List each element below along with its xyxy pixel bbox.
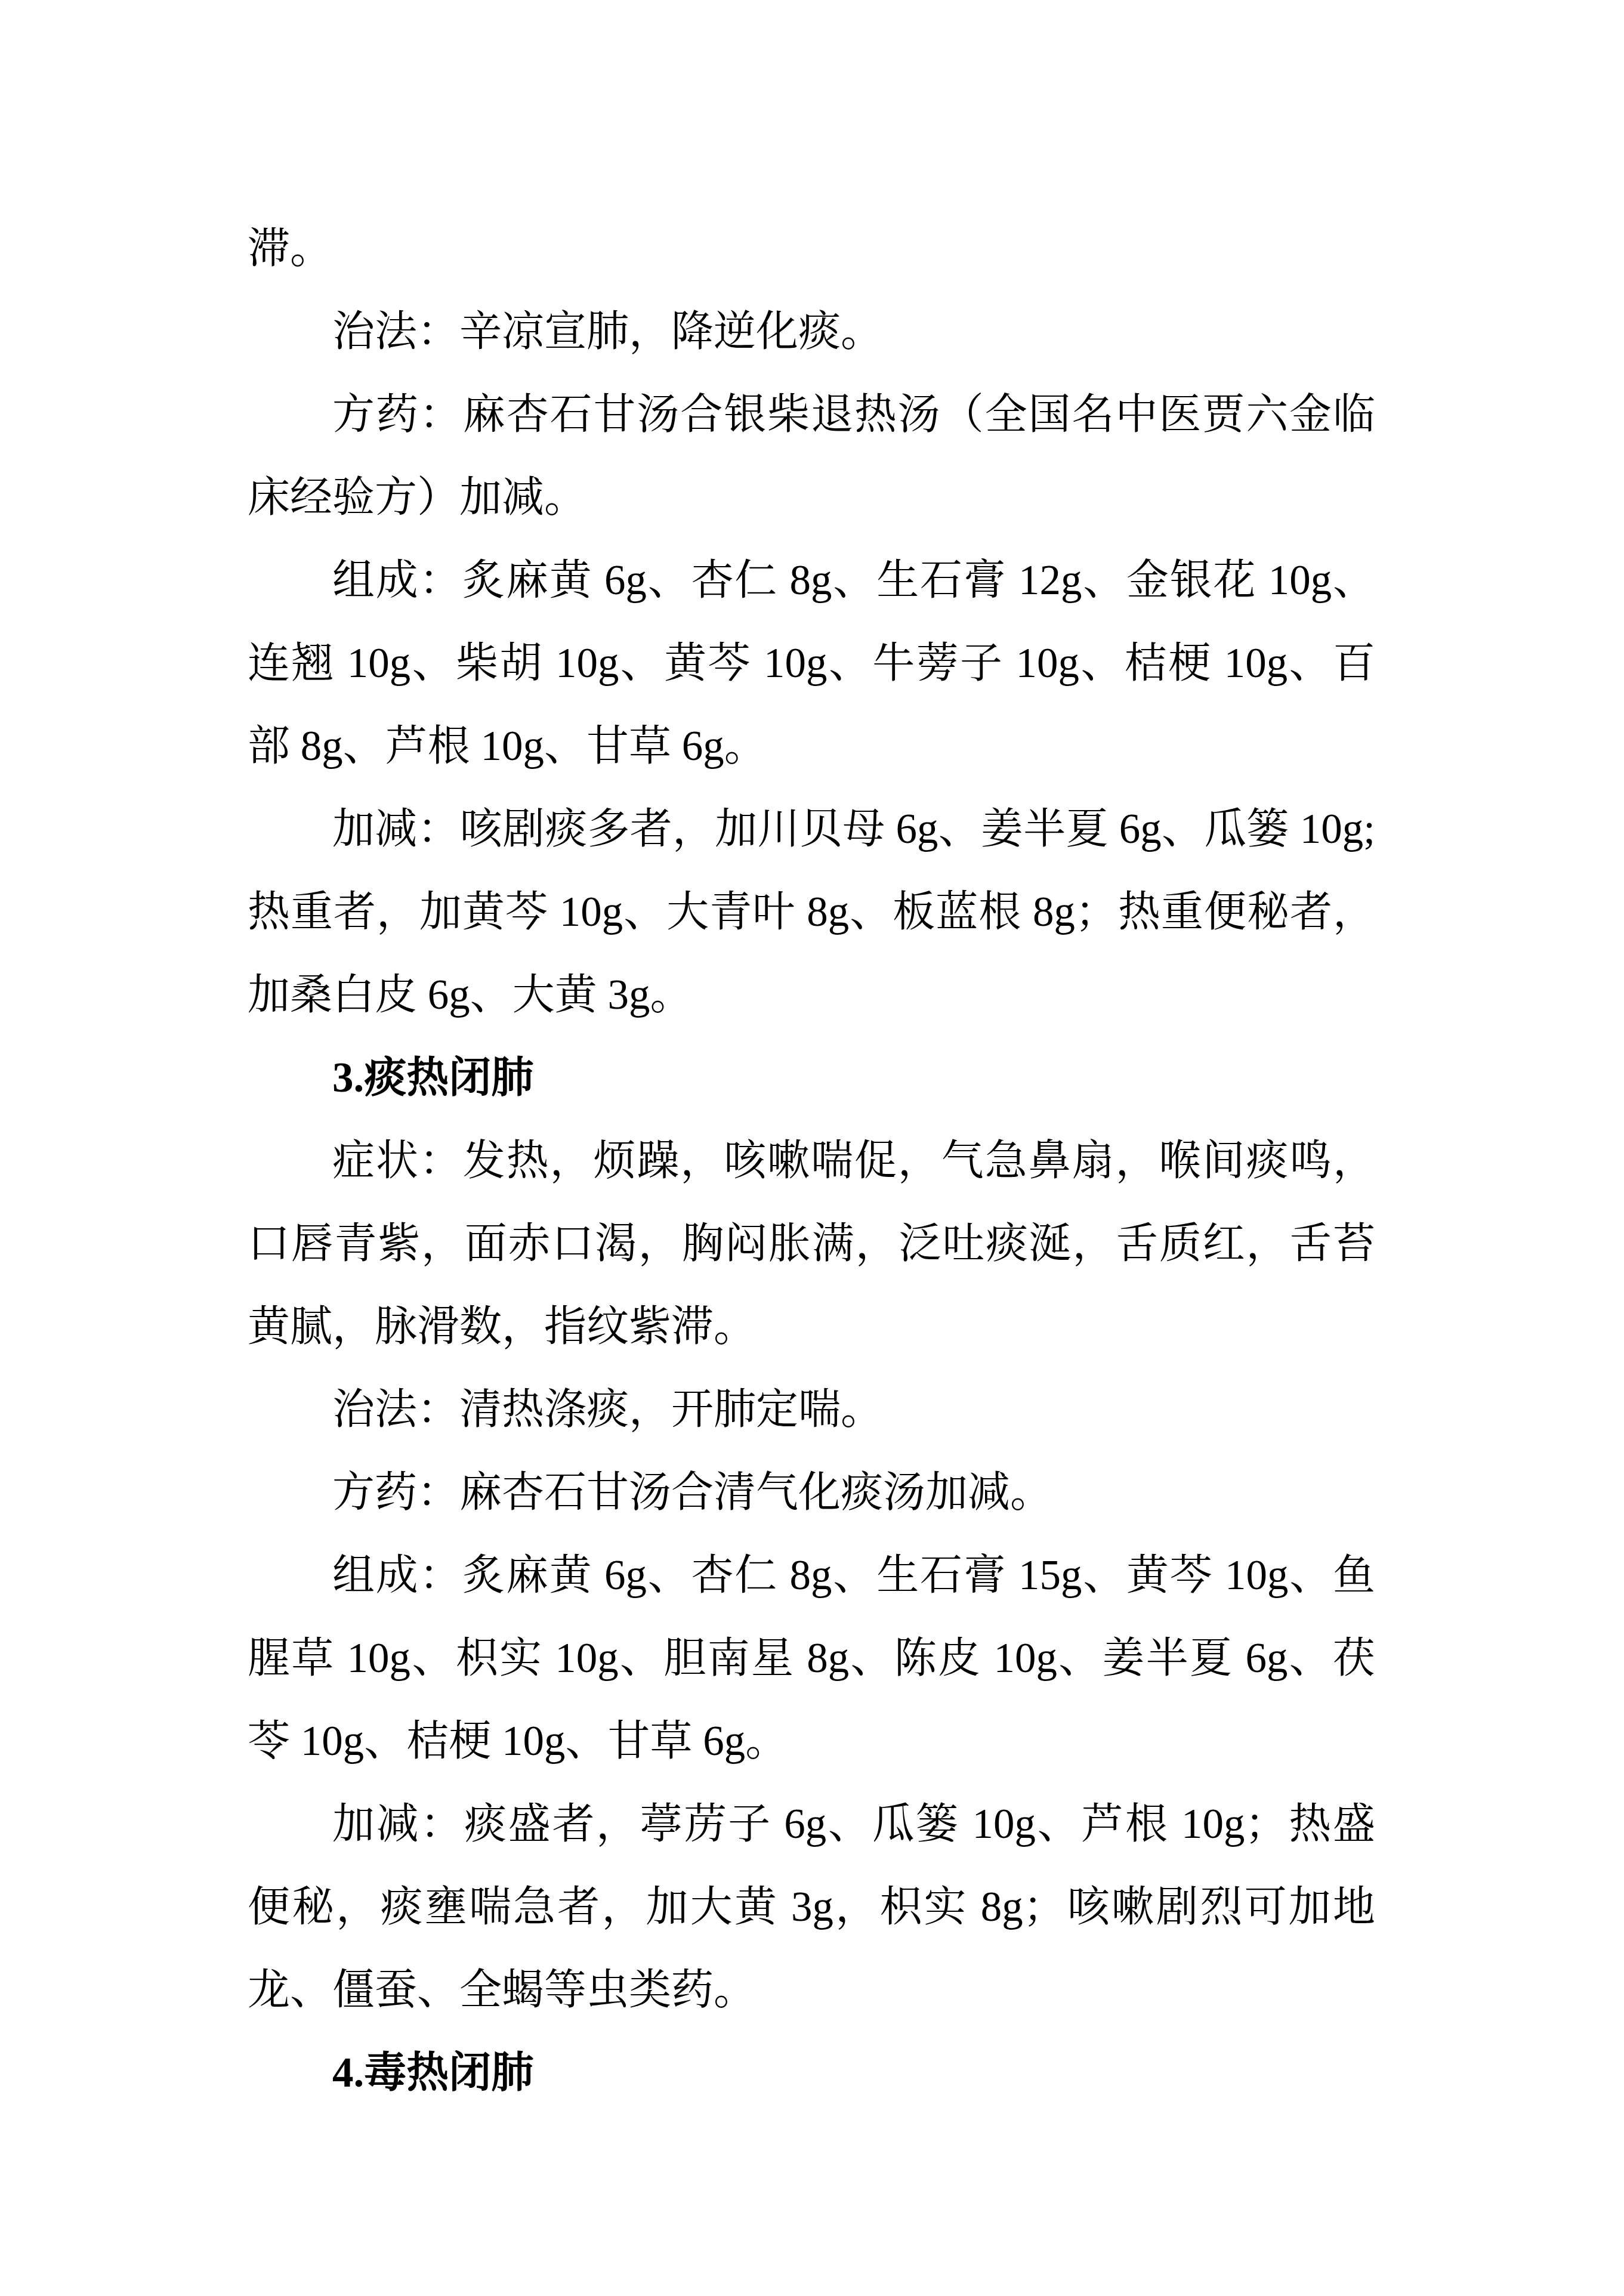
text-line: 床经验方）加减。: [248, 456, 1375, 539]
text-line: 加桑白皮 6g、大黄 3g。: [248, 954, 1375, 1037]
section-heading: 3.痰热闭肺: [248, 1037, 1375, 1120]
text-line: 症状：发热，烦躁，咳嗽喘促，气急鼻扇，喉间痰鸣，: [248, 1120, 1375, 1203]
text-line: 组成：炙麻黄 6g、杏仁 8g、生石膏 12g、金银花 10g、: [248, 539, 1375, 622]
text-line: 方药：麻杏石甘汤合清气化痰汤加减。: [248, 1451, 1375, 1534]
text-line: 黄腻，脉滑数，指纹紫滞。: [248, 1285, 1375, 1368]
text-line: 热重者，加黄芩 10g、大青叶 8g、板蓝根 8g；热重便秘者，: [248, 871, 1375, 954]
text-line: 治法：清热涤痰，开肺定喘。: [248, 1368, 1375, 1451]
text-line: 方药：麻杏石甘汤合银柴退热汤（全国名中医贾六金临: [248, 373, 1375, 456]
text-line: 组成：炙麻黄 6g、杏仁 8g、生石膏 15g、黄芩 10g、鱼: [248, 1534, 1375, 1617]
text-line: 腥草 10g、枳实 10g、胆南星 8g、陈皮 10g、姜半夏 6g、茯: [248, 1617, 1375, 1700]
text-line: 治法：辛凉宣肺，降逆化痰。: [248, 291, 1375, 373]
document-page: 滞。治法：辛凉宣肺，降逆化痰。方药：麻杏石甘汤合银柴退热汤（全国名中医贾六金临床…: [0, 0, 1624, 2296]
section-heading: 4.毒热闭肺: [248, 2032, 1375, 2115]
text-line: 口唇青紫，面赤口渴，胸闷胀满，泛吐痰涎，舌质红，舌苔: [248, 1203, 1375, 1285]
document-body: 滞。治法：辛凉宣肺，降逆化痰。方药：麻杏石甘汤合银柴退热汤（全国名中医贾六金临床…: [248, 208, 1375, 2115]
text-line: 滞。: [248, 208, 1375, 291]
text-line: 部 8g、芦根 10g、甘草 6g。: [248, 705, 1375, 788]
text-line: 便秘，痰壅喘急者，加大黄 3g，枳实 8g；咳嗽剧烈可加地: [248, 1866, 1375, 1949]
text-line: 加减：咳剧痰多者，加川贝母 6g、姜半夏 6g、瓜篓 10g;: [248, 788, 1375, 871]
text-line: 苓 10g、桔梗 10g、甘草 6g。: [248, 1700, 1375, 1783]
text-line: 加减：痰盛者，葶苈子 6g、瓜篓 10g、芦根 10g；热盛: [248, 1783, 1375, 1866]
text-line: 龙、僵蚕、全蝎等虫类药。: [248, 1949, 1375, 2032]
text-line: 连翘 10g、柴胡 10g、黄芩 10g、牛蒡子 10g、桔梗 10g、百: [248, 622, 1375, 705]
